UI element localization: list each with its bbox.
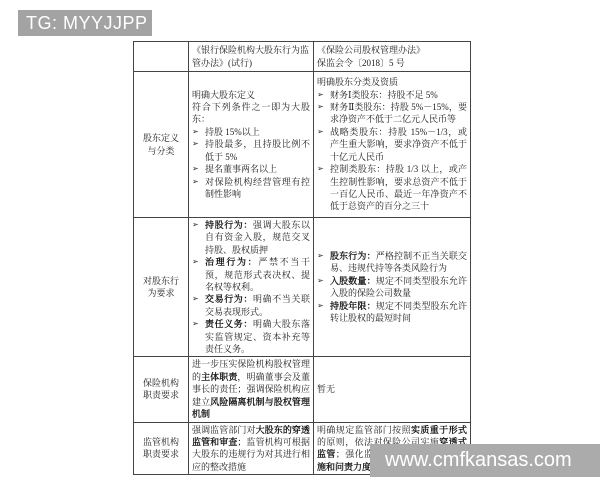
policy-right-cell: 暂无 — [314, 357, 471, 422]
bold-run: 入股数量： — [330, 276, 376, 286]
text-run: 财务Ⅰ类股东：持股不足 5% — [330, 90, 438, 100]
arrow-bullet-icon: ➢ — [192, 219, 205, 231]
bullet-text: 对保险机构经营管理有控制性影响 — [205, 176, 310, 201]
text-run: 提名董事两名以上 — [205, 164, 277, 174]
bullet-item: ➢股东行为：严格控制不正当关联交易、违规代持等各类风险行为 — [317, 250, 467, 275]
text-run: 持股 15%以上 — [205, 127, 260, 137]
policy-left-cell: 明确大股东定义符合下列条件之一即为大股东：➢持股 15%以上➢持股最多，且持股比… — [189, 72, 314, 218]
bullet-text: 持股年限：规定不同类型股东允许转让股权的最短时间 — [330, 300, 467, 325]
bold-run: 持股行为： — [205, 220, 253, 230]
bullet-text: 持股行为：强调大股东以自有资金入股，规范交叉持股、股权质押 — [205, 219, 310, 256]
arrow-bullet-icon: ➢ — [317, 275, 330, 287]
table-row: 股东定义 与分类明确大股东定义符合下列条件之一即为大股东：➢持股 15%以上➢持… — [134, 72, 471, 218]
bullet-item: ➢持股行为：强调大股东以自有资金入股，规范交叉持股、股权质押 — [192, 219, 310, 256]
bold-run: 股东行为： — [330, 251, 376, 261]
text-run: 财务Ⅱ类股东：持股 5%－15%，要求净资产不低于二亿元人民币等 — [330, 102, 467, 124]
arrow-bullet-icon: ➢ — [317, 89, 330, 101]
paragraph: 明确股东分类及资质 — [317, 76, 467, 88]
text-run: 战略类股东：持股 15%－1/3，或产生重大影响，要求净资产不低于十亿元人民币 — [330, 127, 467, 162]
bullet-text: 持股最多，且持股比例不低于 5% — [205, 138, 310, 163]
bullet-text: 持股 15%以上 — [205, 126, 310, 138]
arrow-bullet-icon: ➢ — [192, 138, 205, 150]
bullet-item: ➢提名董事两名以上 — [192, 163, 310, 175]
bullet-item: ➢持股年限：规定不同类型股东允许转让股权的最短时间 — [317, 300, 467, 325]
arrow-bullet-icon: ➢ — [192, 176, 205, 188]
policy-left-cell: 进一步压实保险机构股权管理的主体职责，明确董事会及董事长的责任；强调保险机构应建… — [189, 357, 314, 422]
bold-run: 风险隔离机制与股权管理机制 — [192, 397, 310, 419]
table-row: 保险机构 职责要求进一步压实保险机构股权管理的主体职责，明确董事会及董事长的责任… — [134, 357, 471, 422]
bold-run: 责任义务： — [205, 319, 253, 329]
comparison-table: 《银行保险机构大股东行为监管办法》(试行) 《保险公司股权管理办法》 保监会令〔… — [133, 41, 471, 475]
paragraph: 明确大股东定义 — [192, 89, 310, 101]
bullet-text: 治理行为：严禁不当干预，规范形式表决权、提名权等权利。 — [205, 256, 310, 293]
bullet-text: 控制类股东：持股 1/3 以上，或产生控制性影响，要求总资产不低于一百亿人民币、… — [330, 163, 467, 213]
bullet-item: ➢入股数量：规定不同类型股东允许入股的保险公司数量 — [317, 275, 467, 300]
arrow-bullet-icon: ➢ — [192, 293, 205, 305]
text-run: 明确规定监管部门按照 — [317, 425, 411, 435]
text-run: 明确股东分类及资质 — [317, 77, 398, 87]
policy-left-cell: ➢持股行为：强调大股东以自有资金入股，规范交叉持股、股权质押➢治理行为：严禁不当… — [189, 218, 314, 357]
bullet-item: ➢对保险机构经营管理有控制性影响 — [192, 176, 310, 201]
bullet-text: 交易行为：明确不当关联交易表现形式。 — [205, 293, 310, 318]
bullet-item: ➢战略类股东：持股 15%－1/3，或产生重大影响，要求净资产不低于十亿元人民币 — [317, 126, 467, 163]
bold-run: 交易行为： — [205, 294, 253, 304]
text-run: 明确大股东定义 — [192, 90, 255, 100]
document-page: { "badge": { "label": "TG: MYYJJPP" }, "… — [0, 0, 600, 480]
arrow-bullet-icon: ➢ — [192, 126, 205, 138]
row-label-cell: 对股东行 为要求 — [134, 218, 189, 357]
bullet-item: ➢交易行为：明确不当关联交易表现形式。 — [192, 293, 310, 318]
tag-badge: TG: MYYJJPP — [18, 10, 152, 36]
arrow-bullet-icon: ➢ — [317, 126, 330, 138]
bullet-text: 提名董事两名以上 — [205, 163, 310, 175]
paragraph: 进一步压实保险机构股权管理的主体职责，明确董事会及董事长的责任；强调保险机构应建… — [192, 358, 310, 420]
text-run: 暂无 — [317, 384, 335, 394]
text-run: 强调监管部门对 — [192, 425, 256, 435]
arrow-bullet-icon: ➢ — [317, 163, 330, 175]
bullet-item: ➢控制类股东：持股 1/3 以上，或产生控制性影响，要求总资产不低于一百亿人民币… — [317, 163, 467, 213]
policy-right-cell: 明确股东分类及资质➢财务Ⅰ类股东：持股不足 5%➢财务Ⅱ类股东：持股 5%－15… — [314, 72, 471, 218]
text-run: 对保险机构经营管理有控制性影响 — [205, 177, 310, 199]
bullet-text: 股东行为：严格控制不正当关联交易、违规代持等各类风险行为 — [330, 250, 467, 275]
arrow-bullet-icon: ➢ — [192, 163, 205, 175]
bullet-item: ➢治理行为：严禁不当干预，规范形式表决权、提名权等权利。 — [192, 256, 310, 293]
bullet-text: 入股数量：规定不同类型股东允许入股的保险公司数量 — [330, 275, 467, 300]
site-watermark: www.cmfkansas.com — [370, 444, 600, 477]
policy-right-cell: ➢股东行为：严格控制不正当关联交易、违规代持等各类风险行为➢入股数量：规定不同类… — [314, 218, 471, 357]
bullet-text: 责任义务：明确大股东落实监管规定、资本补充等责任义务。 — [205, 318, 310, 355]
row-label-cell: 监管机构 职责要求 — [134, 422, 189, 475]
bullet-item: ➢责任义务：明确大股东落实监管规定、资本补充等责任义务。 — [192, 318, 310, 355]
row-label-cell: 股东定义 与分类 — [134, 72, 189, 218]
bullet-item: ➢持股 15%以上 — [192, 126, 310, 138]
paragraph: 符合下列条件之一即为大股东： — [192, 101, 310, 126]
bullet-item: ➢持股最多，且持股比例不低于 5% — [192, 138, 310, 163]
text-run: 持股最多，且持股比例不低于 5% — [205, 139, 310, 161]
row-label-cell: 保险机构 职责要求 — [134, 357, 189, 422]
text-run: 符合下列条件之一即为大股东： — [192, 102, 310, 124]
arrow-bullet-icon: ➢ — [192, 318, 205, 330]
header-corner-cell — [134, 42, 189, 72]
paragraph: 强调监管部门对大股东的穿透监管和审查；监管机构可根据大股东的违规行为对其进行相应… — [192, 424, 310, 474]
table-row: 对股东行 为要求➢持股行为：强调大股东以自有资金入股，规范交叉持股、股权质押➢治… — [134, 218, 471, 357]
table-header-row: 《银行保险机构大股东行为监管办法》(试行) 《保险公司股权管理办法》 保监会令〔… — [134, 42, 471, 72]
bold-run: 治理行为： — [205, 257, 258, 267]
arrow-bullet-icon: ➢ — [192, 256, 205, 268]
bold-run: 持股年限： — [330, 301, 376, 311]
bullet-text: 财务Ⅰ类股东：持股不足 5% — [330, 89, 467, 101]
arrow-bullet-icon: ➢ — [317, 300, 330, 312]
policy-left-cell: 强调监管部门对大股东的穿透监管和审查；监管机构可根据大股东的违规行为对其进行相应… — [189, 422, 314, 475]
header-doc-left: 《银行保险机构大股东行为监管办法》(试行) — [189, 42, 314, 72]
bullet-item: ➢财务Ⅰ类股东：持股不足 5% — [317, 89, 467, 101]
bold-run: 主体职责 — [201, 372, 237, 382]
bullet-text: 战略类股东：持股 15%－1/3，或产生重大影响，要求净资产不低于十亿元人民币 — [330, 126, 467, 163]
bold-run: 实质重于形式 — [411, 425, 467, 435]
paragraph: 暂无 — [317, 383, 467, 395]
arrow-bullet-icon: ➢ — [317, 101, 330, 113]
header-doc-right: 《保险公司股权管理办法》 保监会令〔2018〕5 号 — [314, 42, 471, 72]
text-run: 控制类股东：持股 1/3 以上，或产生控制性影响，要求总资产不低于一百亿人民币、… — [330, 164, 467, 211]
arrow-bullet-icon: ➢ — [317, 250, 330, 262]
bullet-item: ➢财务Ⅱ类股东：持股 5%－15%，要求净资产不低于二亿元人民币等 — [317, 101, 467, 126]
bullet-text: 财务Ⅱ类股东：持股 5%－15%，要求净资产不低于二亿元人民币等 — [330, 101, 467, 126]
